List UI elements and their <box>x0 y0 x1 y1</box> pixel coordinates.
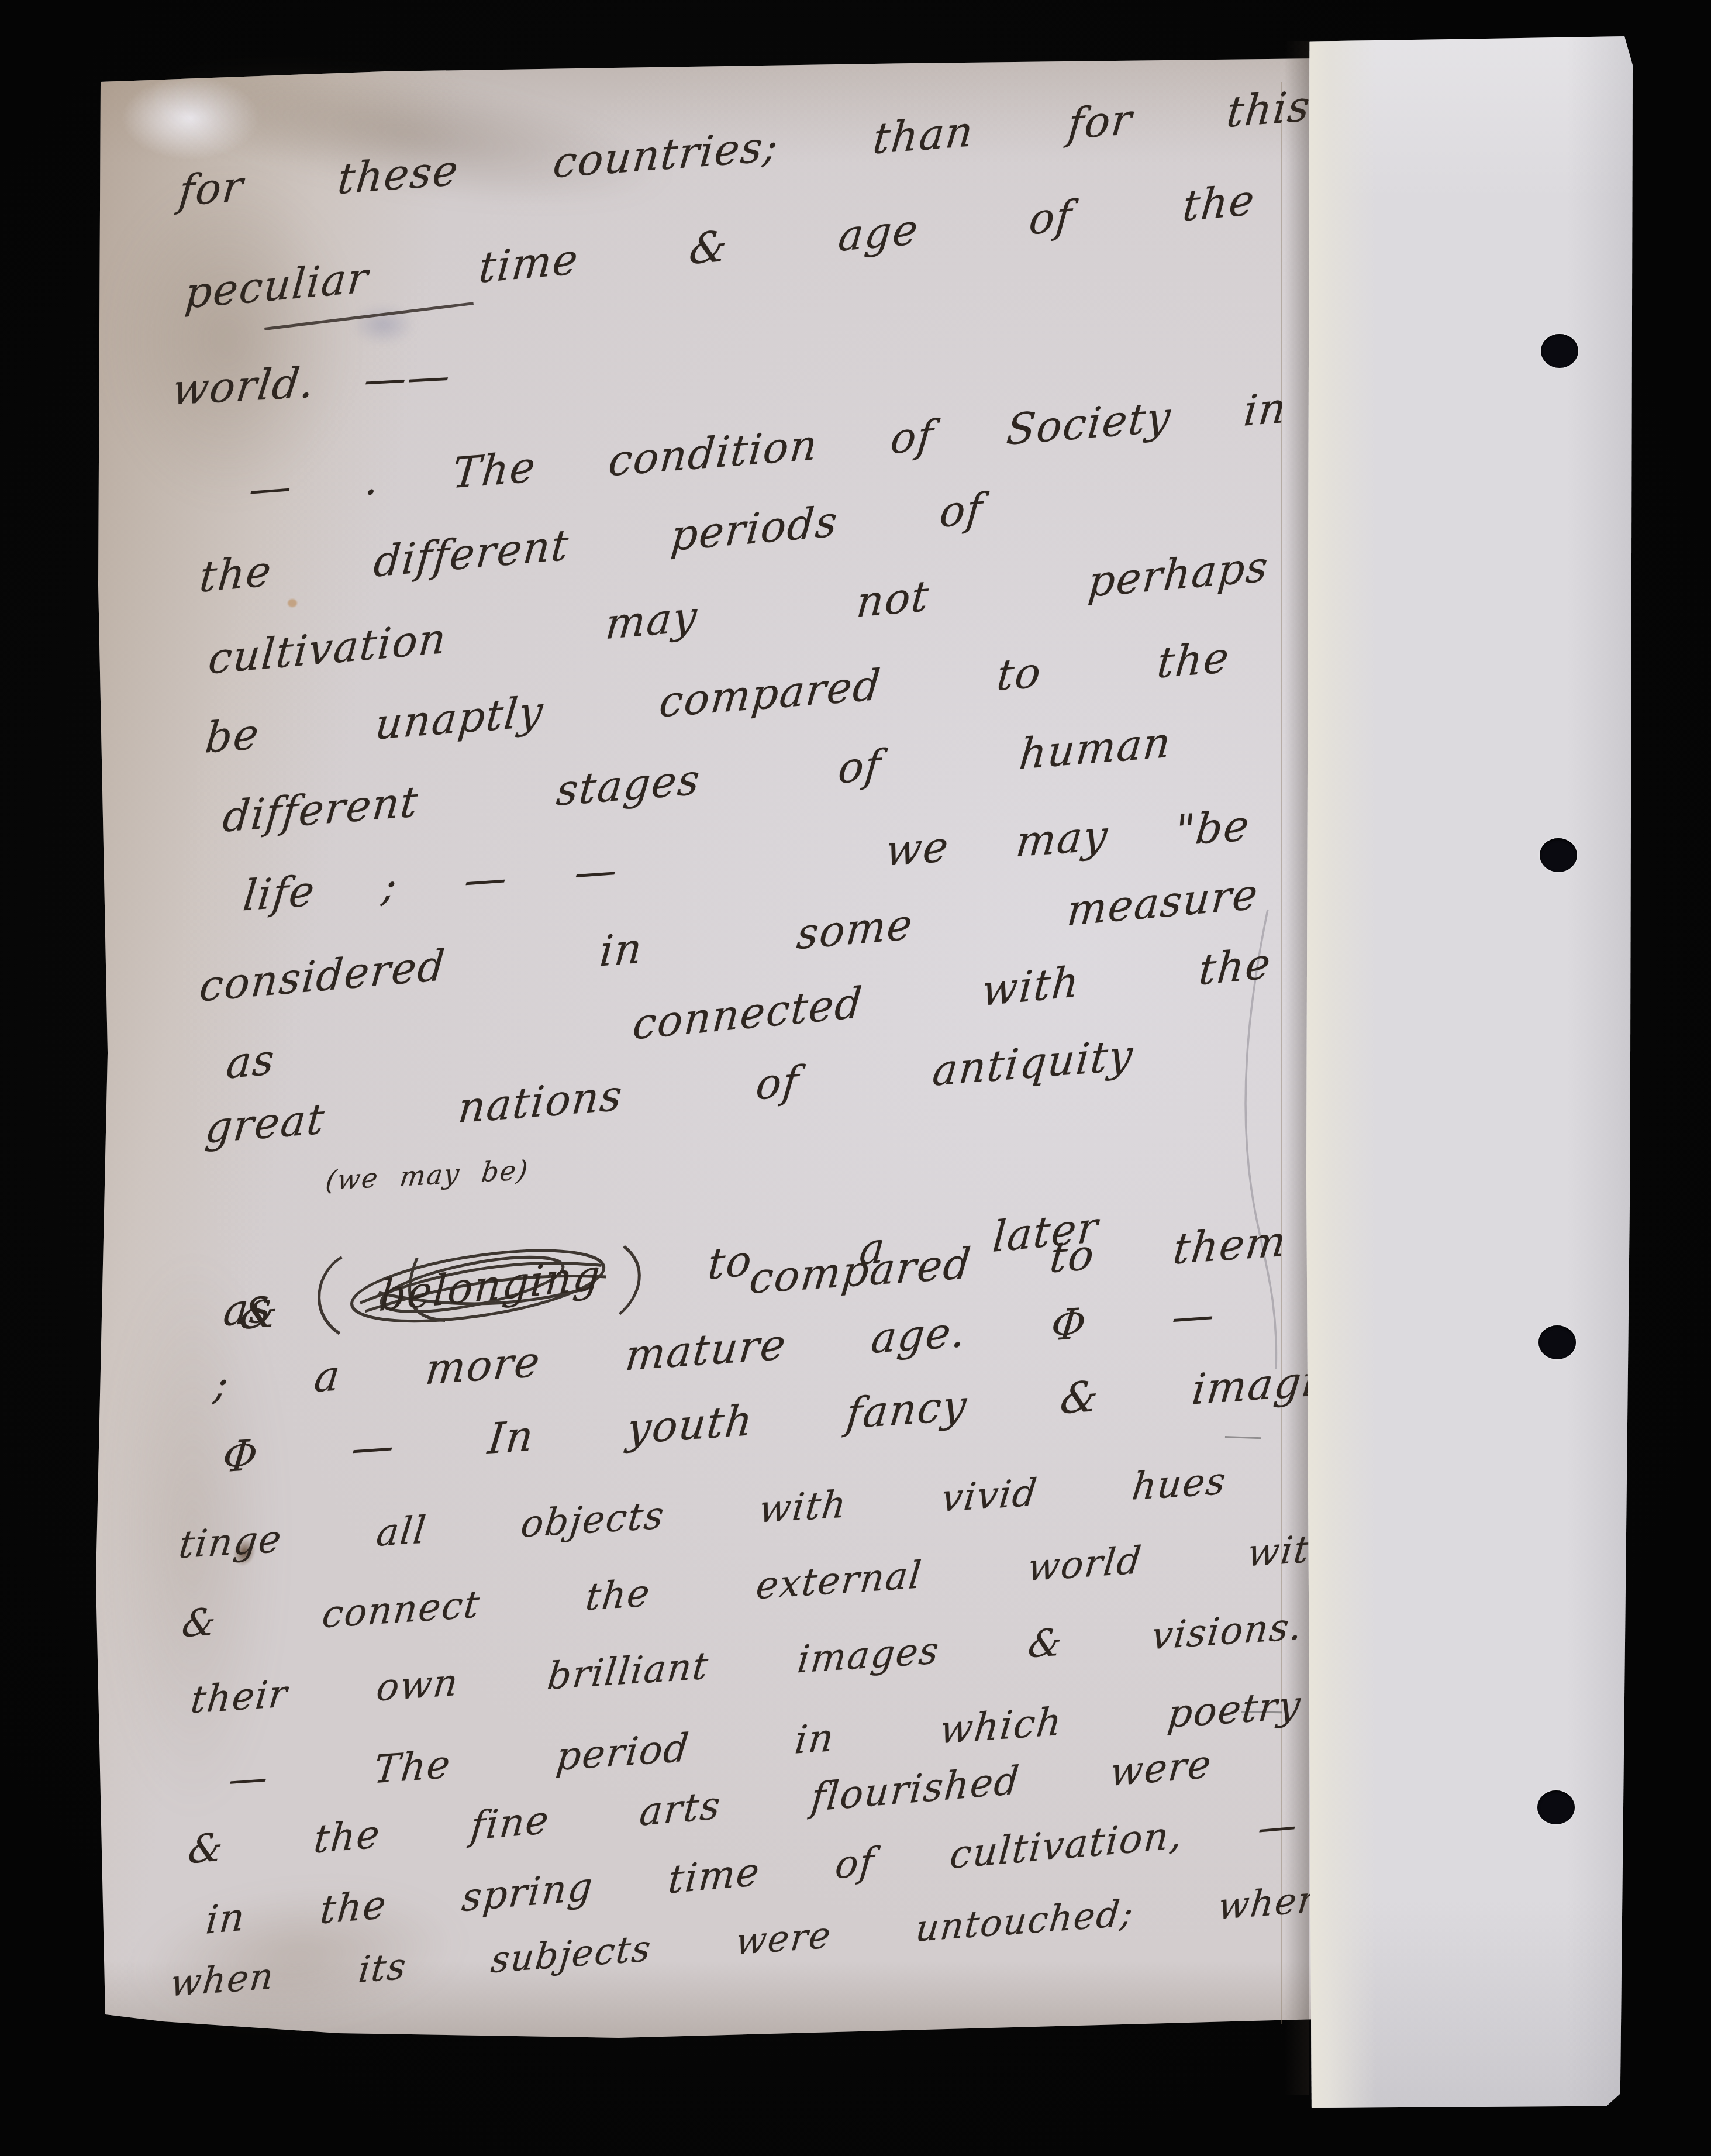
strip-shadow <box>1284 41 1309 2095</box>
punch-hole-2 <box>1540 838 1577 872</box>
photograph: for these countries; than for this pecul… <box>0 0 1711 2156</box>
punch-hole-3 <box>1538 1325 1576 1359</box>
punch-hole-1 <box>1541 334 1578 368</box>
hole-punch-guard-strip <box>1306 36 1633 2108</box>
foxing-dot <box>288 599 297 607</box>
punch-hole-4 <box>1537 1790 1575 1824</box>
